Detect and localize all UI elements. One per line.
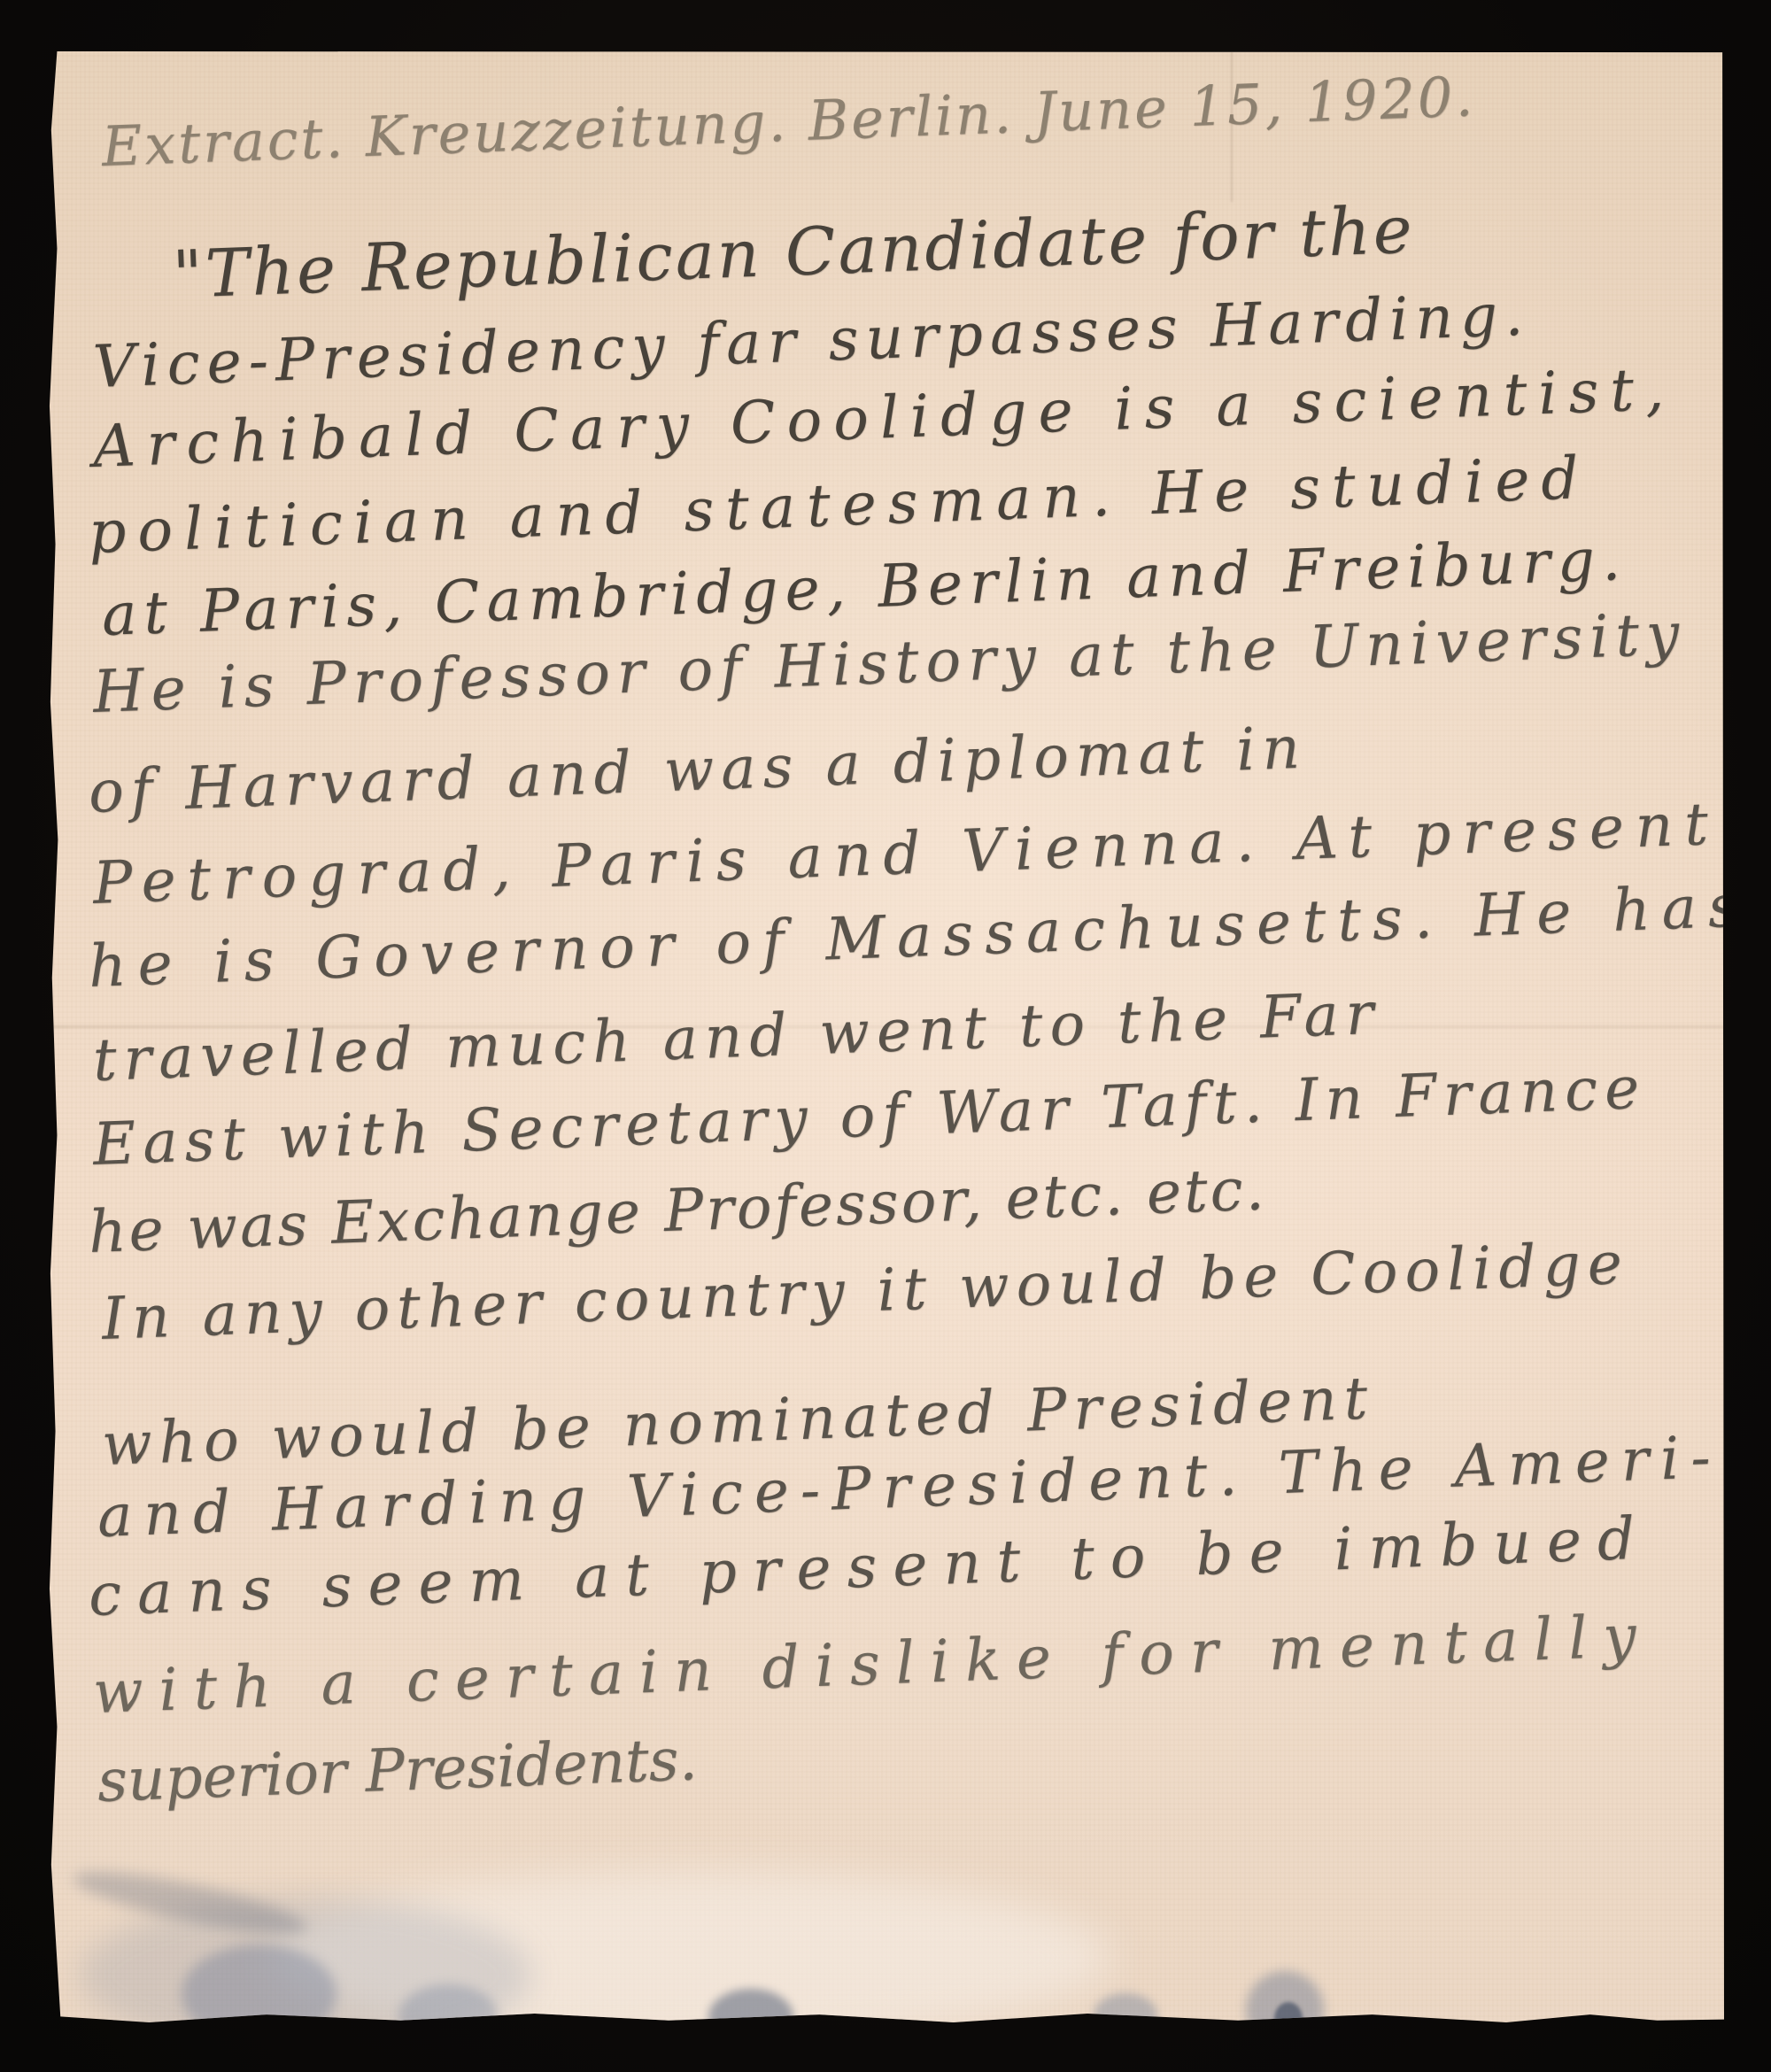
manuscript-page: Extract. Kreuzzeitung. Berlin. June 15, … <box>49 51 1724 2022</box>
ink-stain <box>1094 1993 1157 2037</box>
ink-stain <box>708 1989 793 2045</box>
heading-line: Extract. Kreuzzeitung. Berlin. June 15, … <box>101 67 1476 175</box>
scan-background: Extract. Kreuzzeitung. Berlin. June 15, … <box>0 0 1771 2072</box>
handwritten-line: with a certain dislike for mentally <box>92 1604 1653 1723</box>
handwritten-line: superior Presidents. <box>97 1728 699 1812</box>
handwritten-line: of Harvard and was a diplomat in <box>88 717 1308 823</box>
paper-fold-crease <box>49 1025 1724 1028</box>
handwritten-line: he was Exchange Professor, etc. etc. <box>88 1158 1268 1263</box>
ink-stain <box>398 1984 498 2048</box>
ink-stain <box>1274 2002 1303 2036</box>
paper-crease-vertical <box>1231 51 1233 202</box>
ink-stain <box>182 1944 336 2044</box>
